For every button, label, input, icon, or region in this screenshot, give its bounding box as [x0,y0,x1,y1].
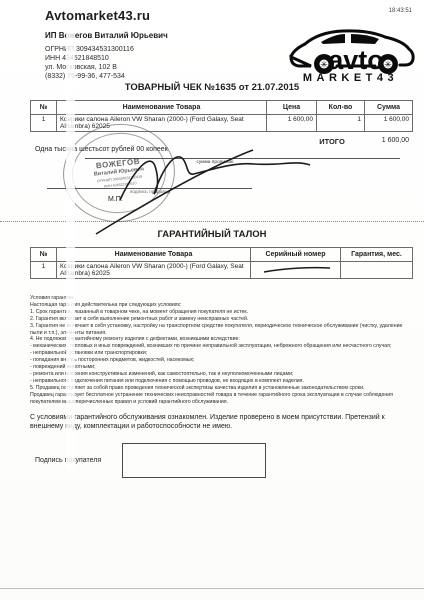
col-header-name: Наименование Товара [57,101,267,115]
table-row: 1 Коврики салона Aileron VW Sharan (2000… [31,115,413,132]
item-qty: 1 [317,115,365,132]
buyer-signature-row: Подпись покупателя [30,443,414,479]
item-warranty-months [341,262,413,279]
item-serial [251,262,341,279]
buyer-acknowledgement: С условиями гарантийного обслуживания оз… [30,413,414,431]
item-sum: 1 600,00 [365,115,413,132]
warranty-table-header: № Наименование Товара Серийный номер Гар… [31,248,413,262]
buyer-signature-label: Подпись покупателя [35,457,101,464]
col-header-sum: Сумма [365,101,413,115]
seller-address: ул. Московская, 102 В [45,63,275,72]
scanned-receipt-page: 18:43:51 Avtomarket43.ru ИП Вожегов Вита… [0,0,424,600]
col-header-price: Цена [267,101,317,115]
receipt-table: № Наименование Товара Цена Кол-во Сумма … [30,100,413,132]
site-title: Avtomarket43.ru [45,8,275,23]
warranty-condition-line: 2. Гарантия включает в себя выполнение р… [30,316,414,323]
warranty-condition-line: - повреждений животными; [30,364,414,371]
warranty-table: № Наименование Товара Серийный номер Гар… [30,247,413,279]
receipt-title: ТОВАРНЫЙ ЧЕК №1635 от 21.07.2015 [0,82,424,93]
svg-text:✳: ✳ [384,60,392,70]
col-header-qty: Кол-во [317,101,365,115]
warranty-condition-line: 1. Срок гарантии, указанный в товарном ч… [30,309,414,316]
warranty-terms-block: Условия гарантии. Настоящая гарантия дей… [30,295,414,479]
col-header-warranty: Гарантия, мес. [341,248,413,262]
car-logo-icon: ✳ ✳ avto [285,24,417,76]
seller-phones: (8332) 75-99-36, 477-534 [45,72,275,81]
seller-name: ИП Вожегов Виталий Юрьевич [45,31,275,40]
seller-inn: ИНН 434521848510 [45,54,275,63]
logo-brand-text: avto [328,45,384,75]
print-timestamp: 18:43:51 [389,8,412,14]
total-value: 1 600,00 [382,137,409,144]
seller-ogrnip: ОГРНИП 309434531300116 [45,45,275,54]
scan-edge-artifact [0,588,424,589]
warranty-condition-line: 5. Продавец оставляет за собой право про… [30,385,414,392]
item-name: Коврики салона Aileron VW Sharan (2000-)… [57,262,251,279]
item-name: Коврики салона Aileron VW Sharan (2000-)… [57,115,267,132]
col-header-num: № [31,248,57,262]
warranty-condition-line: - неправильного подключения питания или … [30,378,414,385]
seller-header: Avtomarket43.ru ИП Вожегов Виталий Юрьев… [45,8,275,81]
col-header-name: Наименование Товара [57,248,251,262]
col-header-serial: Серийный номер [251,248,341,262]
buyer-signature-box [122,443,266,478]
svg-text:✳: ✳ [320,60,328,70]
item-number: 1 [31,262,57,279]
warranty-condition-line: Настоящая гарантия действительна при сле… [30,302,414,309]
warranty-condition-line: 3. Гарантия не включает в себя установку… [30,323,414,337]
warranty-condition-line: - ремонта или внесения конструктивных из… [30,371,414,378]
col-header-num: № [31,101,57,115]
item-price: 1 600,00 [267,115,317,132]
table-row: 1 Коврики салона Aileron VW Sharan (2000… [31,262,413,279]
warranty-condition-line: Продавец гарантирует бесплатное устранен… [30,392,414,406]
receipt-table-header: № Наименование Товара Цена Кол-во Сумма [31,101,413,115]
seller-signature-scrawl [58,132,328,247]
warranty-condition-line: Условия гарантии. [30,295,414,302]
handwritten-dash-icon [256,263,336,275]
item-number: 1 [31,115,57,132]
avtomarket-logo: ✳ ✳ avto MARKET43 [283,24,418,84]
